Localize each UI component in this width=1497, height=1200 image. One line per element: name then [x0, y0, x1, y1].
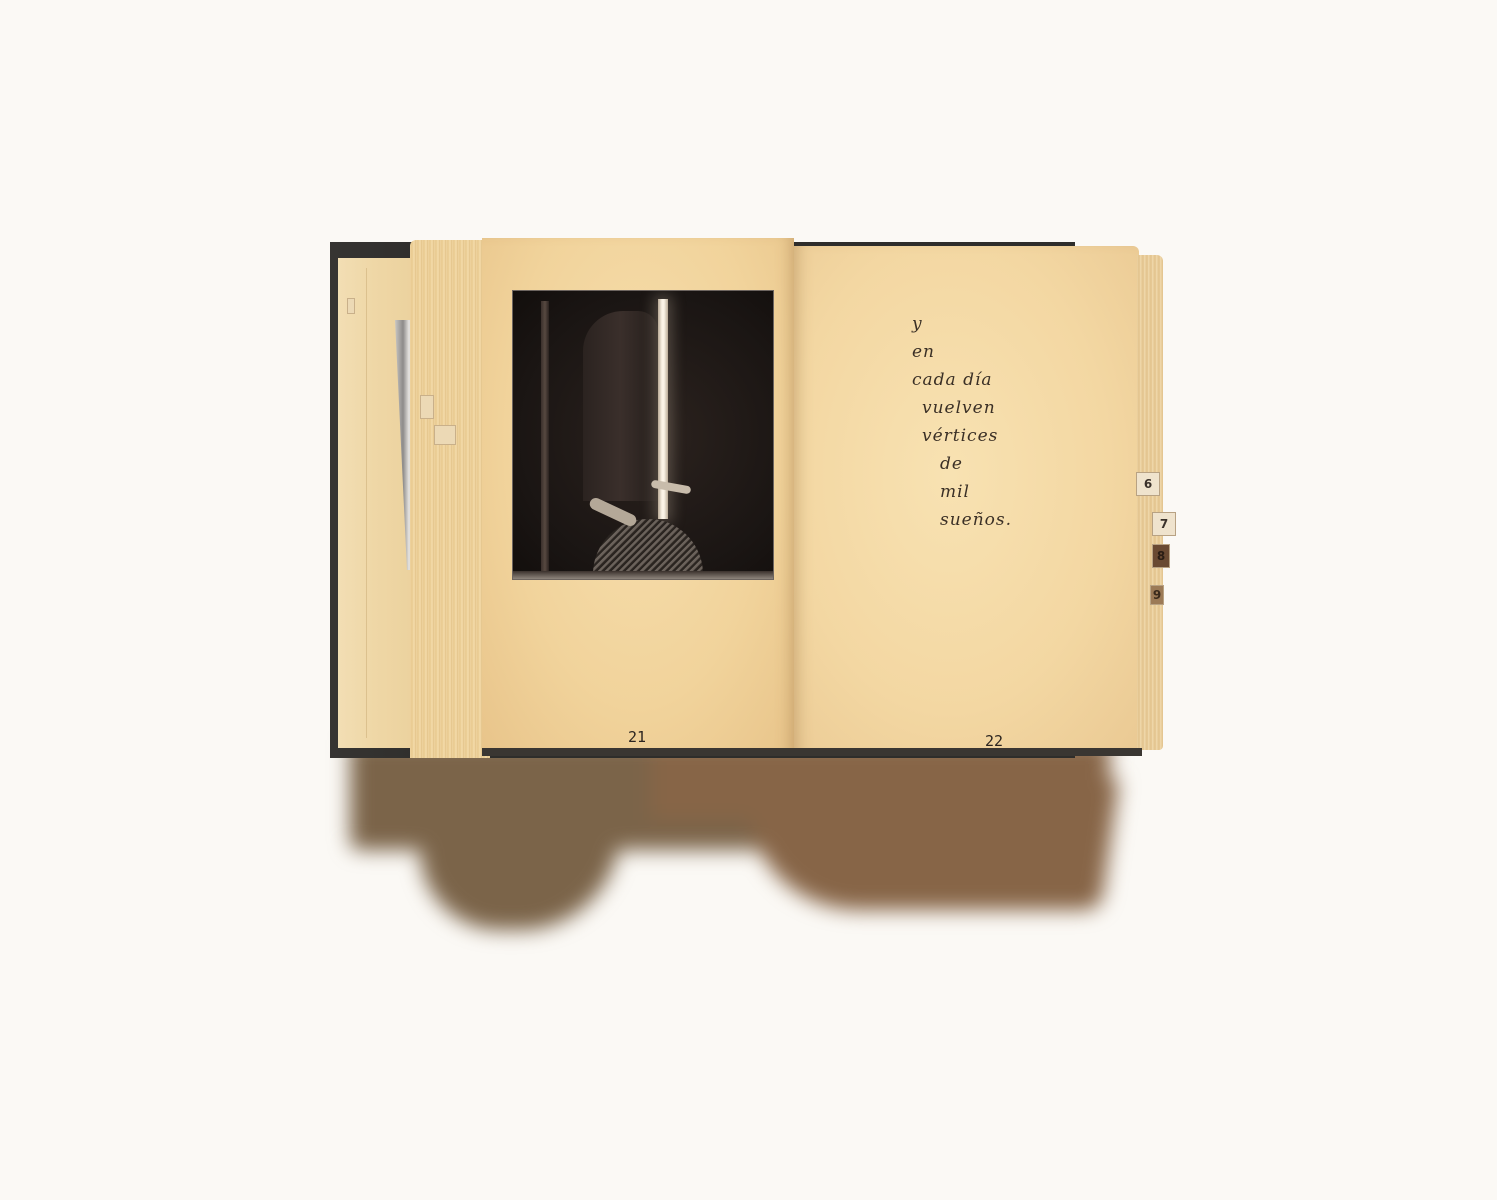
poem-line: mil: [912, 478, 1072, 506]
cover-bottom-edge: [482, 748, 1142, 756]
photo-border: [513, 571, 773, 579]
photo-chair-seat: [593, 519, 703, 579]
photo-pole: [541, 301, 549, 571]
poem-line: sueños.: [912, 506, 1072, 534]
page-fold-line: [366, 268, 367, 738]
right-page-stack: [1137, 255, 1163, 750]
poem-line: y: [912, 310, 1072, 338]
edge-tab-8: 8: [1152, 544, 1170, 568]
poem-line: en: [912, 338, 1072, 366]
poem-line: vértices: [912, 422, 1072, 450]
poem-line: cada día: [912, 366, 1072, 394]
shadow-right-drop: [731, 780, 1119, 910]
shadow-left-drop: [420, 800, 620, 930]
handwritten-poem: y en cada día vuelven vértices de mil su…: [912, 310, 1072, 534]
book-photograph: y en cada día vuelven vértices de mil su…: [0, 0, 1497, 1200]
left-page-stack: [410, 240, 490, 758]
page-tab: [347, 298, 355, 314]
book-shadow: [350, 740, 1120, 950]
page-tab: [420, 395, 434, 419]
page-tab: [434, 425, 456, 445]
edge-tab-9: 9: [1150, 585, 1164, 605]
instant-photo: [512, 290, 774, 580]
page-number-right: 22: [985, 732, 1003, 750]
page-number-left: 21: [628, 728, 646, 746]
poem-line: vuelven: [912, 394, 1072, 422]
edge-tab-6: 6: [1136, 472, 1160, 496]
poem-line: de: [912, 450, 1072, 478]
photo-silhouette: [583, 311, 658, 501]
edge-tab-7: 7: [1152, 512, 1176, 536]
